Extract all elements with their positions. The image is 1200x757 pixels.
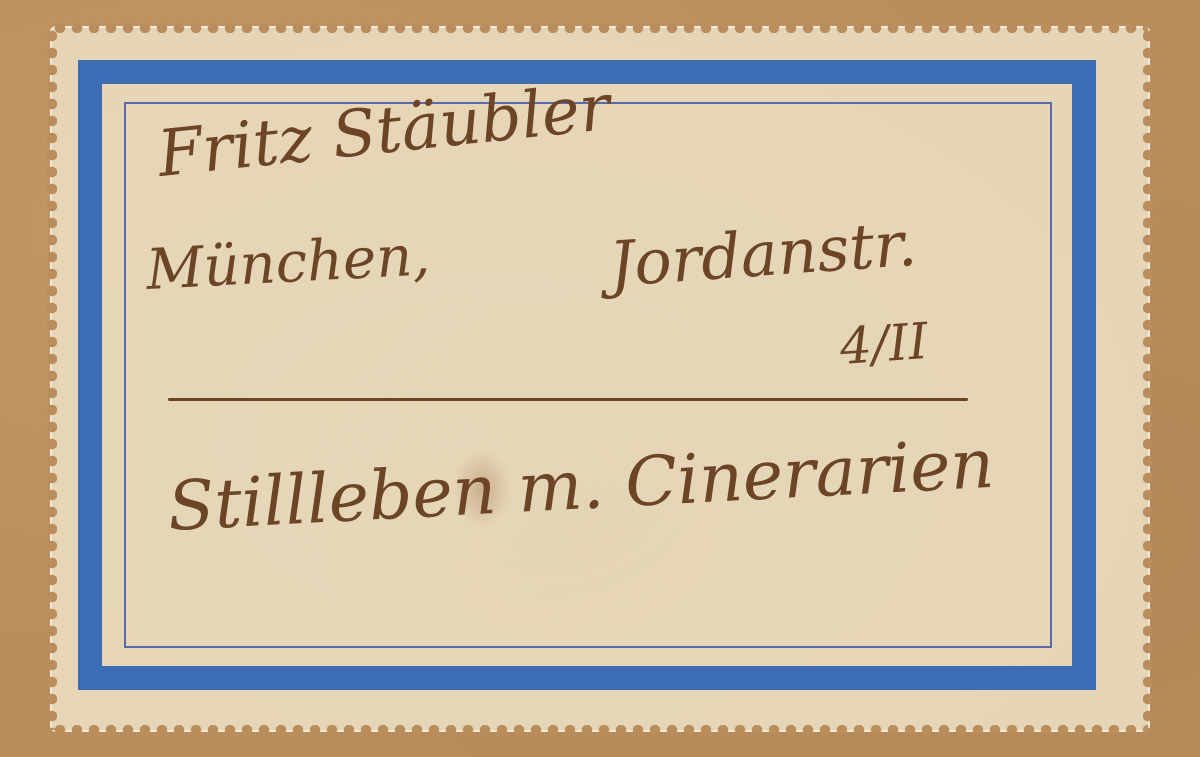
- perforation-right: [1143, 28, 1153, 730]
- house-number: 4/II: [838, 312, 930, 376]
- perforation-left: [47, 28, 57, 730]
- inner-rule-frame: [124, 102, 1052, 648]
- perforation-bottom: [52, 725, 1148, 735]
- ink-divider-line: [168, 398, 968, 401]
- paper-label: Fritz Stäubler München, Jordanstr. 4/II …: [52, 28, 1148, 730]
- perforation-top: [52, 23, 1148, 33]
